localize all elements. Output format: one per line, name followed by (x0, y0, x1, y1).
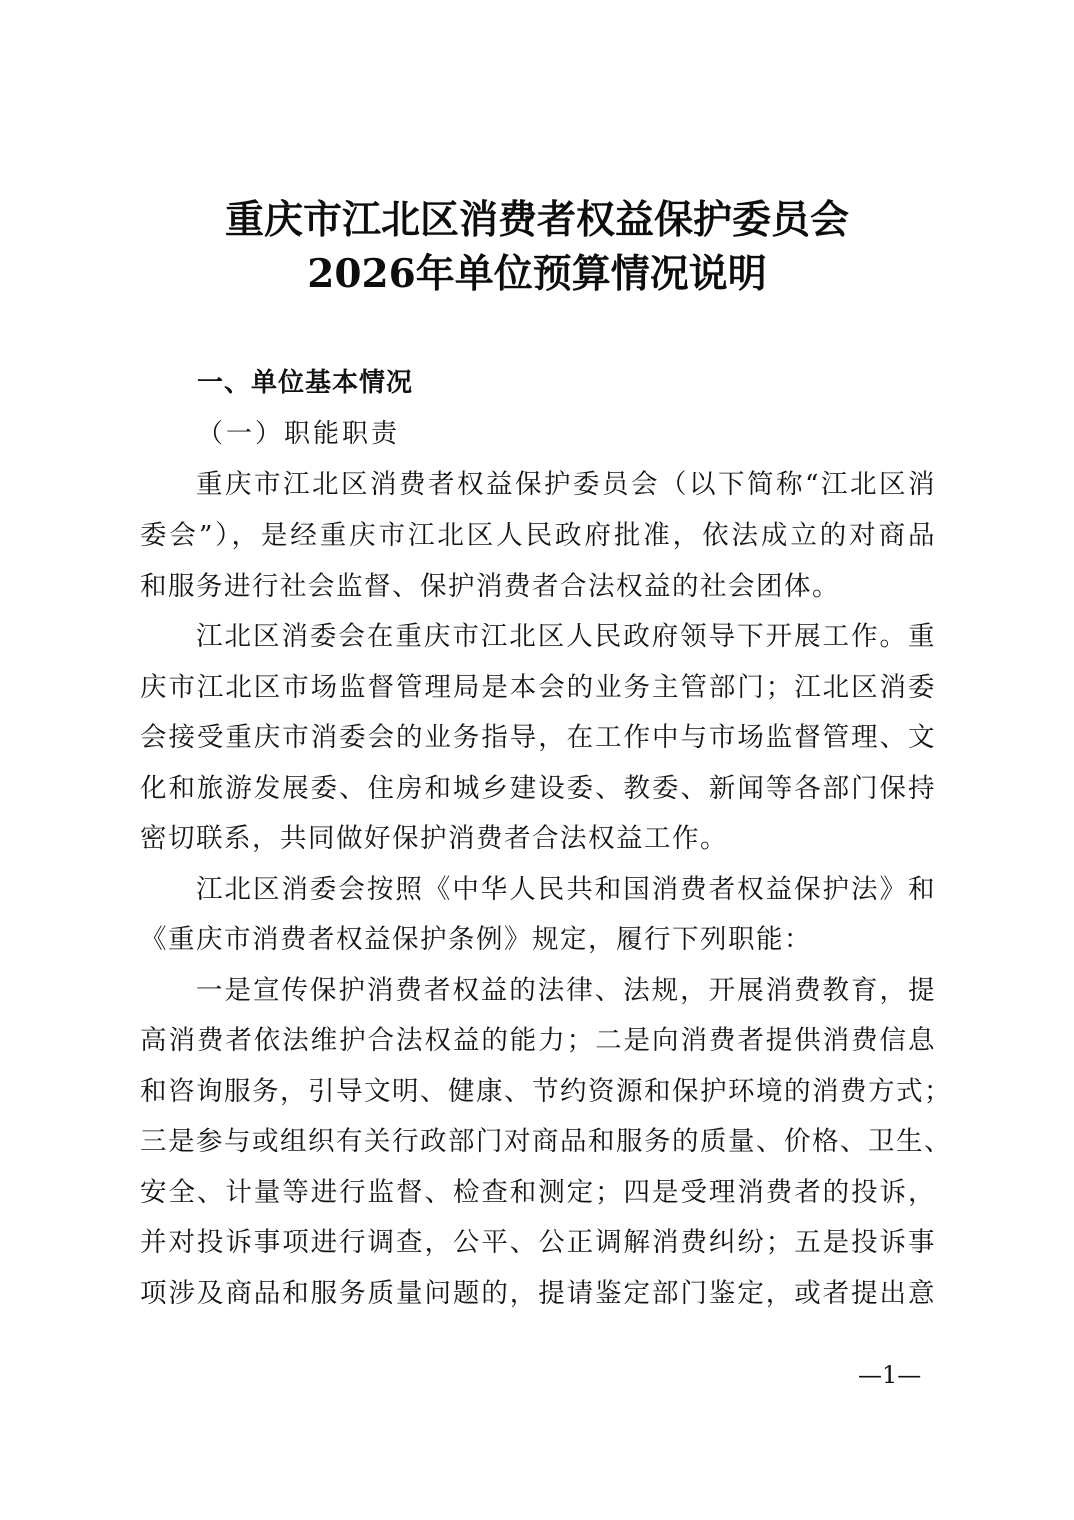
paragraph-1-line-2: 委会”），是经重庆市江北区人民政府批准，依法成立的对商品 (140, 510, 936, 561)
document-title-line-1: 重庆市江北区消费者权益保护委员会 (0, 192, 1074, 248)
paragraph-4-line-2: 高消费者依法维护合法权益的能力；二是向消费者提供消费信息 (140, 1015, 936, 1066)
paragraph-4-line-6: 并对投诉事项进行调查，公平、公正调解消费纠纷；五是投诉事 (140, 1217, 936, 1268)
document-title-line-2: 2026年单位预算情况说明 (0, 246, 1074, 302)
paragraph-3-line-1: 江北区消委会按照《中华人民共和国消费者权益保护法》和 (196, 864, 936, 915)
document-page: 重庆市江北区消费者权益保护委员会 2026年单位预算情况说明 一、单位基本情况 … (0, 0, 1074, 1520)
paragraph-1-line-3: 和服务进行社会监督、保护消费者合法权益的社会团体。 (140, 561, 936, 612)
paragraph-4-line-4: 三是参与或组织有关行政部门对商品和服务的质量、价格、卫生、 (140, 1116, 936, 1167)
page-number: —1— (858, 1360, 921, 1390)
paragraph-2-line-2: 庆市江北区市场监督管理局是本会的业务主管部门；江北区消委 (140, 662, 936, 713)
paragraph-4-line-5: 安全、计量等进行监督、检查和测定；四是受理消费者的投诉， (140, 1167, 936, 1218)
paragraph-2-line-4: 化和旅游发展委、住房和城乡建设委、教委、新闻等各部门保持 (140, 763, 936, 814)
paragraph-2-line-3: 会接受重庆市消委会的业务指导，在工作中与市场监督管理、文 (140, 712, 936, 763)
paragraph-2-line-5: 密切联系，共同做好保护消费者合法权益工作。 (140, 813, 936, 864)
paragraph-1-line-1: 重庆市江北区消费者权益保护委员会（以下简称“江北区消 (196, 459, 936, 510)
paragraph-4-line-7: 项涉及商品和服务质量问题的，提请鉴定部门鉴定，或者提出意 (140, 1268, 936, 1319)
subsection-heading-functions: （一）职能职责 (197, 409, 400, 460)
paragraph-3-line-2: 《重庆市消费者权益保护条例》规定，履行下列职能： (140, 914, 936, 965)
paragraph-4-line-3: 和咨询服务，引导文明、健康、节约资源和保护环境的消费方式； (140, 1066, 936, 1117)
paragraph-4-line-1: 一是宣传保护消费者权益的法律、法规，开展消费教育，提 (196, 965, 936, 1016)
section-heading-basic-info: 一、单位基本情况 (197, 358, 413, 409)
paragraph-2-line-1: 江北区消委会在重庆市江北区人民政府领导下开展工作。重 (196, 611, 936, 662)
